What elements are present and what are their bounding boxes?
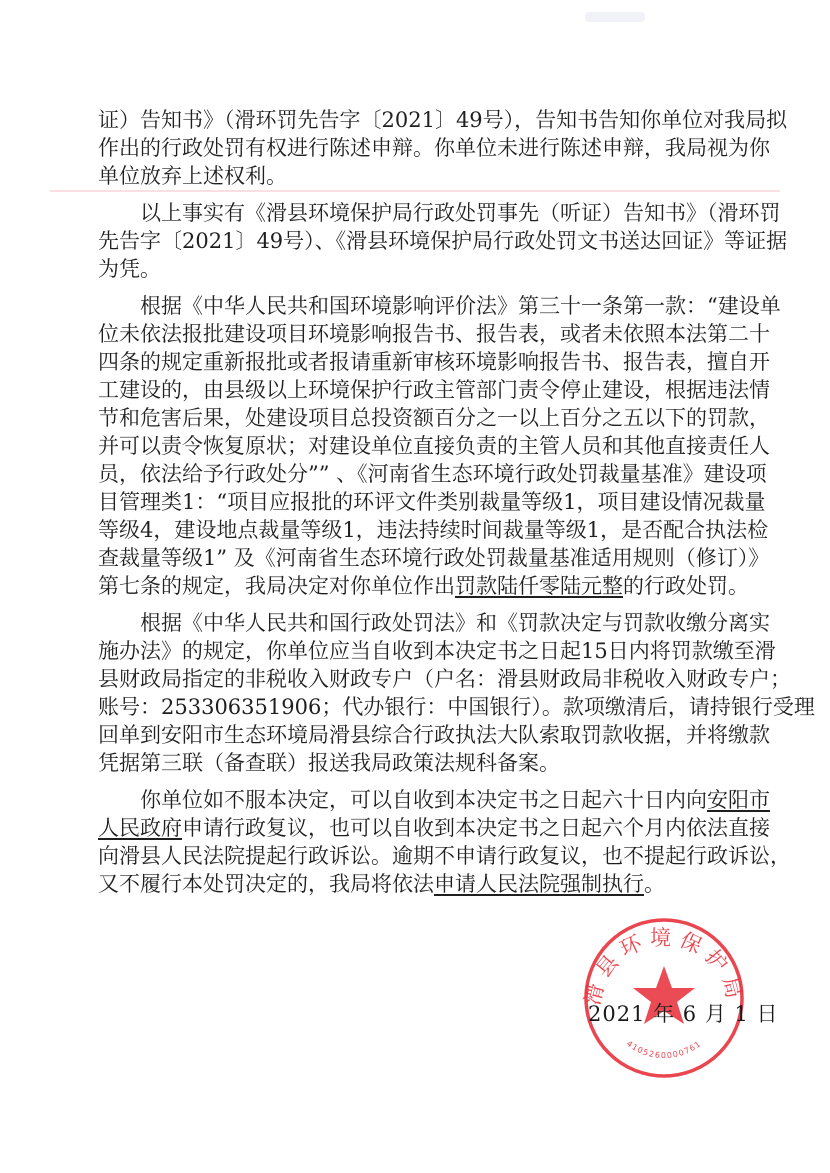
text-line: 你单位如不服本决定，可以自收到本决定书之日起六十日内向安阳市 xyxy=(98,786,731,814)
text-line: 凭据第三联（备查联）报送我局政策法规科备案。 xyxy=(98,749,731,777)
text-segment: 第七条的规定，我局决定对你单位作出 xyxy=(98,574,455,598)
enforcement-text: 申请人民法院强制执行 xyxy=(434,872,644,896)
text-line: 为凭。 xyxy=(98,255,731,283)
paragraph-hearing-notice: 证）告知书》（滑环罚先告字〔2021〕49号），告知书告知你单位对我局拟 作出的… xyxy=(98,106,738,190)
paragraph-appeal-rights: 你单位如不服本决定，可以自收到本决定书之日起六十日内向安阳市 人民政府申请行政复… xyxy=(98,786,738,898)
text-line: 根据《中华人民共和国行政处罚法》和《罚款决定与罚款收缴分离实 xyxy=(98,609,731,637)
text-line: 并可以责令恢复原状；对建设单位直接负责的主管人员和其他直接责任人 xyxy=(98,432,731,460)
text-line: 工建设的，由县级以上环境保护行政主管部门责令停止建设，根据违法情 xyxy=(98,376,731,404)
document-page: 证）告知书》（滑环罚先告字〔2021〕49号），告知书告知你单位对我局拟 作出的… xyxy=(0,0,830,1173)
document-body: 证）告知书》（滑环罚先告字〔2021〕49号），告知书告知你单位对我局拟 作出的… xyxy=(98,106,738,907)
text-line: 位未依法报批建设项目环境影响报告书、报告表，或者未依照本法第二十 xyxy=(98,320,731,348)
fine-amount: 罚款陆仟零陆元整 xyxy=(455,574,623,598)
text-segment: 你单位如不服本决定，可以自收到本决定书之日起六十日内向 xyxy=(140,788,707,812)
paragraph-evidence: 以上事实有《滑县环境保护局行政处罚事先（听证）告知书》（滑环罚 先告字〔2021… xyxy=(98,199,738,283)
paragraph-legal-basis: 根据《中华人民共和国环境影响评价法》第三十一条第一款：“建设单 位未依法报批建设… xyxy=(98,292,738,600)
text-line: 施办法》的规定，你单位应当自收到本决定书之日起15日内将罚款缴至滑 xyxy=(98,637,731,665)
text-line-decision: 第七条的规定，我局决定对你单位作出罚款陆仟零陆元整的行政处罚。 xyxy=(98,572,731,600)
text-line: 先告字〔2021〕49号）、《滑县环境保护局行政处罚文书送达回证》等证据 xyxy=(98,227,731,255)
text-line: 人民政府申请行政复议，也可以自收到本决定书之日起六个月内依法直接 xyxy=(98,814,731,842)
text-line: 目管理类1：“项目应报批的环评文件类别裁量等级1，项目建设情况裁量 xyxy=(98,488,731,516)
text-line: 等级4，建设地点裁量等级1，违法持续时间裁量等级1，是否配合执法检 xyxy=(98,516,731,544)
text-line: 四条的规定重新报批或者报请重新审核环境影响报告书、报告表，擅自开 xyxy=(98,348,731,376)
text-line: 节和危害后果，处建设项目总投资额百分之一以上百分之五以下的罚款， xyxy=(98,404,731,432)
seal-code: 4105260000761 xyxy=(625,1039,703,1060)
text-line: 回单到安阳市生态环境局滑县综合行政执法大队索取罚款收据，并将缴款 xyxy=(98,721,731,749)
text-line: 根据《中华人民共和国环境影响评价法》第三十一条第一款：“建设单 xyxy=(98,292,731,320)
scan-smudge xyxy=(585,12,645,22)
review-authority-part1: 安阳市 xyxy=(707,788,770,812)
text-line: 单位放弃上述权利。 xyxy=(98,162,731,190)
text-line: 又不履行本处罚决定的，我局将依法申请人民法院强制执行。 xyxy=(98,870,731,898)
text-line: 作出的行政处罚有权进行陈述申辩。你单位未进行陈述申辩，我局视为你 xyxy=(98,134,731,162)
review-authority-part2: 人民政府 xyxy=(98,816,182,840)
text-segment: 的行政处罚。 xyxy=(623,574,749,598)
text-line-account: 账号：253306351906；代办银行：中国银行）。款项缴清后，请持银行受理 xyxy=(98,693,731,721)
text-line: 向滑县人民法院提起行政诉讼。逾期不申请行政复议，也不提起行政诉讼， xyxy=(98,842,731,870)
text-segment: 。 xyxy=(644,872,665,896)
text-line: 县财政局指定的非税收入财政专户（户名：滑县财政局非税收入财政专户； xyxy=(98,665,731,693)
text-line: 员，依法给予行政处分”” 、《河南省生态环境行政处罚裁量基准》建设项 xyxy=(98,460,731,488)
text-segment: 申请行政复议，也可以自收到本决定书之日起六个月内依法直接 xyxy=(182,816,770,840)
text-line: 证）告知书》（滑环罚先告字〔2021〕49号），告知书告知你单位对我局拟 xyxy=(98,106,731,134)
document-date: 2021 年 6 月 1 日 xyxy=(588,998,779,1028)
text-line: 以上事实有《滑县环境保护局行政处罚事先（听证）告知书》（滑环罚 xyxy=(98,199,731,227)
text-segment: 又不履行本处罚决定的，我局将依法 xyxy=(98,872,434,896)
svg-text:4105260000761: 4105260000761 xyxy=(625,1039,703,1060)
text-line: 查裁量等级1” 及《河南省生态环境行政处罚裁量基准适用规则（修订）》 xyxy=(98,544,731,572)
paragraph-payment: 根据《中华人民共和国行政处罚法》和《罚款决定与罚款收缴分离实 施办法》的规定，你… xyxy=(98,609,738,777)
